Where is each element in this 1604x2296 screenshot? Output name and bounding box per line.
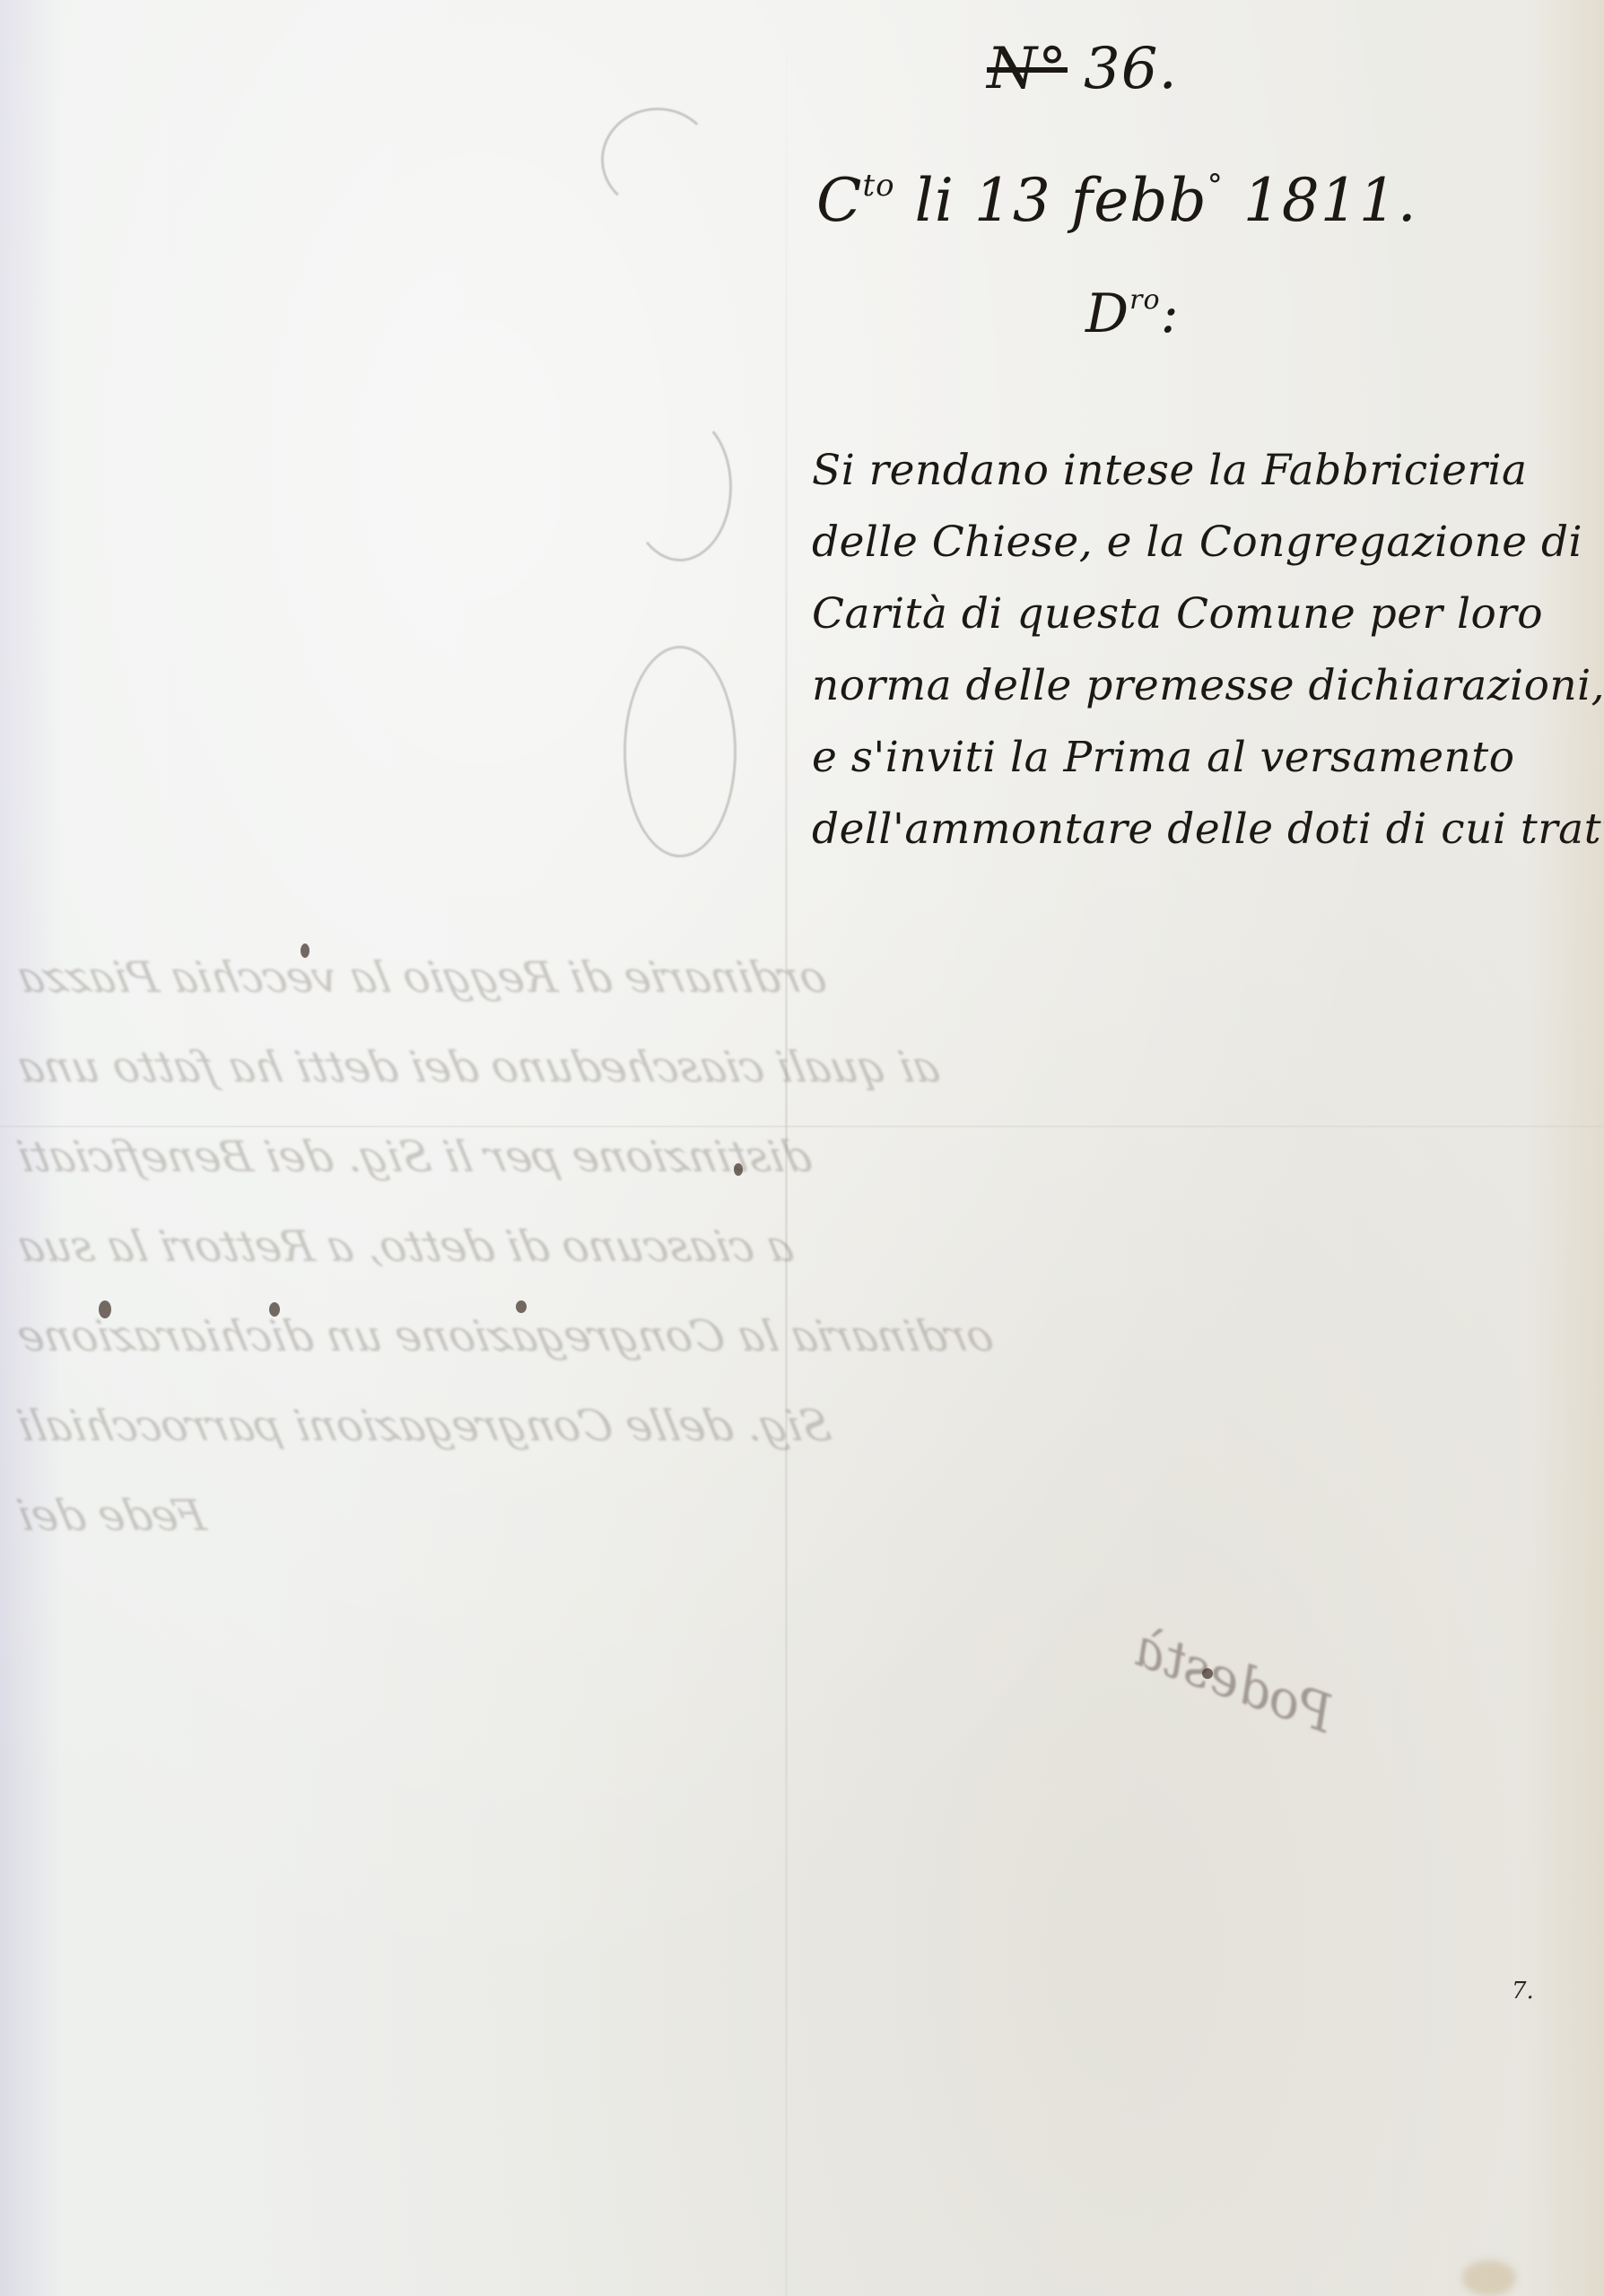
addressee-superscript: ro [1129,284,1160,316]
date-year: 1811. [1243,166,1417,235]
ink-blot [99,1300,111,1318]
addressee-suffix: : [1161,283,1180,345]
bleed-through-line: a ciascuno di detto, a Rettori la sua [8,1202,1426,1291]
ghost-loop [623,646,737,857]
bleed-through-line: Fede dei [8,1471,1426,1561]
bleed-through-line: Sig. delle Congregazioni parrocchiali [8,1381,1426,1471]
bleed-through-line: ordinarie di Reggio la vecchia Piazza [8,933,1426,1022]
paper-stain [1462,2260,1516,2296]
body-line: Carità di questa Comune per loro [812,578,1601,650]
ink-blot [269,1302,280,1317]
bleed-through-text: ordinarie di Reggio la vecchia Piazza ai… [18,933,1417,1561]
body-line: e s'inviti la Prima al versamento [812,722,1601,794]
place-superscript: to [863,168,895,204]
place-abbrev: C [816,166,863,235]
addressee: Dro: [1085,283,1180,345]
corner-mark: 7. [1512,1978,1534,2005]
document-number: N°36. [987,36,1178,102]
dateline: Cto li 13 febb° 1811. [816,166,1417,235]
body-line: dell'ammontare delle doti di cui trattas… [812,794,1601,865]
number-value: 36. [1084,36,1178,102]
addressee-letter: D [1085,283,1129,345]
ink-blot [301,944,309,958]
ink-blot [1202,1668,1213,1679]
ghost-loop [628,413,732,561]
body-text: Si rendano intese la Fabbricieria delle … [812,435,1601,865]
body-line: delle Chiese, e la Congregazione di [812,507,1601,578]
date-text: li 13 febb [915,166,1207,235]
bleed-through-line: ai quali ciascheduno dei detti ha fatto … [8,1022,1426,1112]
bleed-through-line: ordinaria la Congregazione un dichiarazi… [8,1291,1426,1381]
number-prefix: N° [987,36,1068,102]
ghost-loop [601,108,714,212]
date-superscript: ° [1207,168,1224,204]
manuscript-page: ordinarie di Reggio la vecchia Piazza ai… [0,0,1604,2296]
bleed-through-line: distinzione per li Sig. dei Beneficiati [8,1112,1426,1202]
ink-blot [734,1163,743,1176]
body-line: norma delle premesse dichiarazioni, [812,650,1601,722]
body-line: Si rendano intese la Fabbricieria [812,435,1601,507]
ink-blot [516,1300,527,1313]
bleed-through-signature: Podestà [1126,1617,1341,1745]
